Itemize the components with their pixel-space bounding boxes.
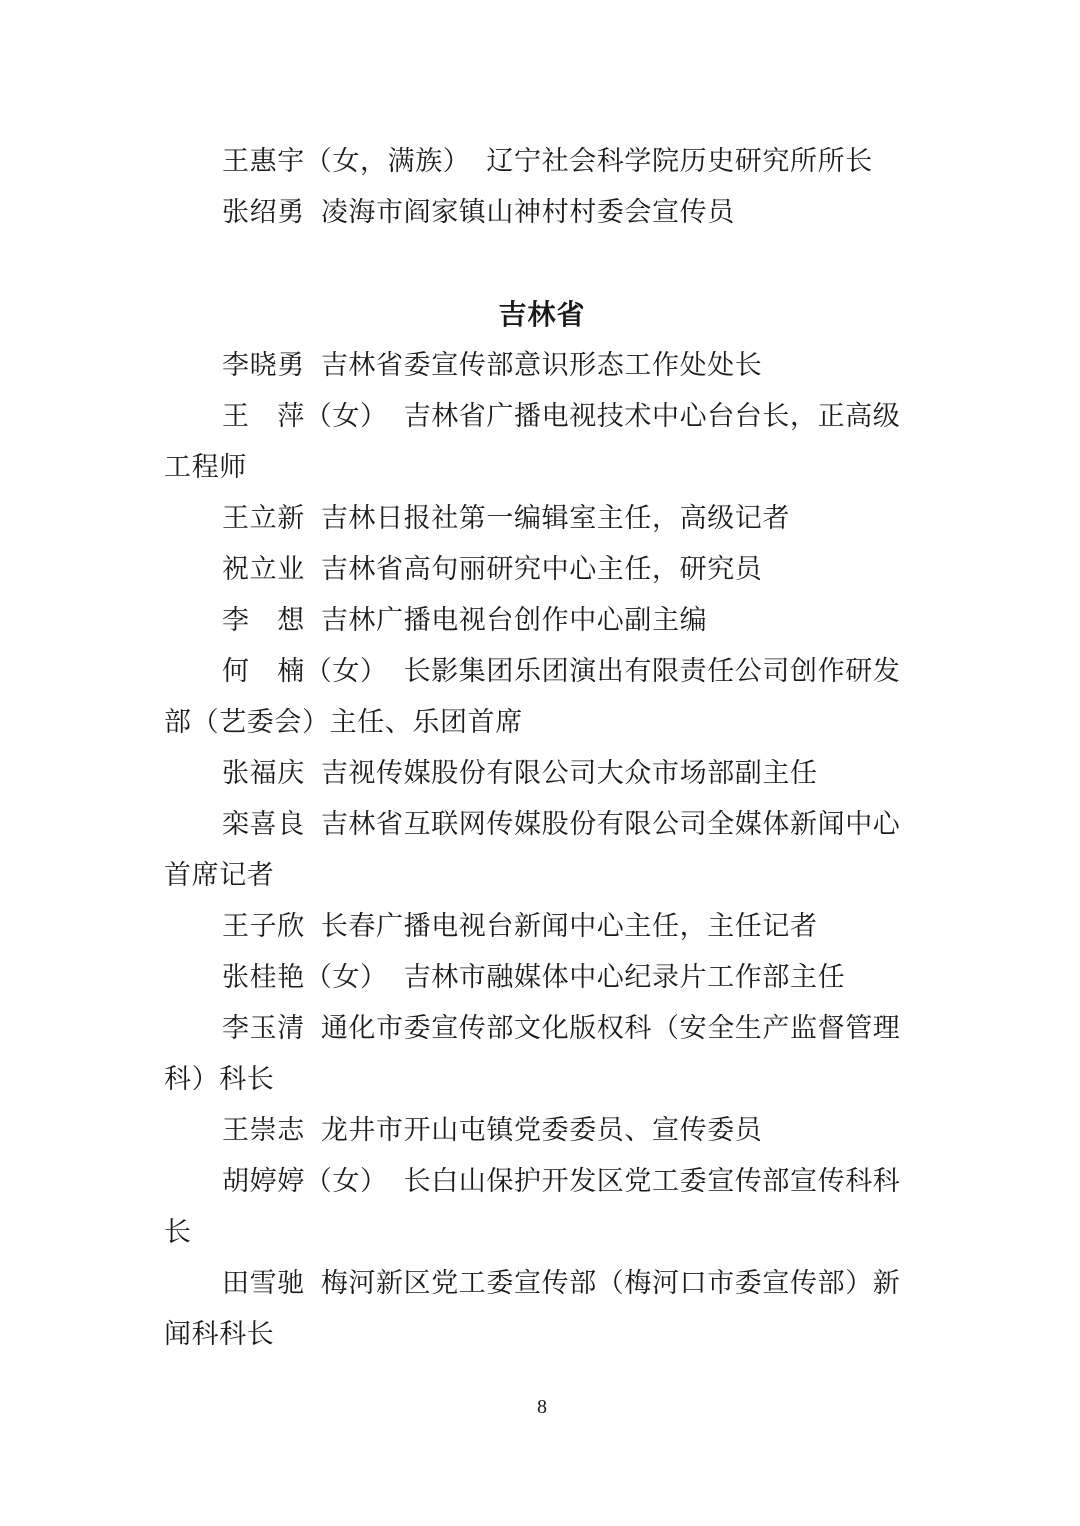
entry: 王立新吉林日报社第一编辑室主任，高级记者 <box>164 493 920 544</box>
person-name: 张绍勇 <box>222 197 305 228</box>
person-name: 张桂艳（女） <box>222 962 388 993</box>
person-name: 祝立业 <box>222 554 305 585</box>
person-name: 王子欣 <box>222 911 305 942</box>
person-name: 李 想 <box>222 605 305 636</box>
person-title: 吉林省高句丽研究中心主任，研究员 <box>321 554 763 585</box>
person-title: 吉视传媒股份有限公司大众市场部副主任 <box>321 758 818 789</box>
person-name: 田雪驰 <box>222 1268 305 1299</box>
entry: 张福庆吉视传媒股份有限公司大众市场部副主任 <box>164 748 920 799</box>
entry: 胡婷婷（女）长白山保护开发区党工委宣传部宣传科科长 <box>164 1156 920 1258</box>
person-name: 王惠宇（女，满族） <box>222 146 470 177</box>
person-title: 长春广播电视台新闻中心主任，主任记者 <box>321 911 818 942</box>
entry: 何 楠（女）长影集团乐团演出有限责任公司创作研发部（艺委会）主任、乐团首席 <box>164 646 920 748</box>
person-name: 李晓勇 <box>222 350 305 381</box>
entry: 王 萍（女）吉林省广播电视技术中心台台长，正高级工程师 <box>164 391 920 493</box>
person-name: 张福庆 <box>222 758 305 789</box>
entry: 李玉清通化市委宣传部文化版权科（安全生产监督管理科）科长 <box>164 1003 920 1105</box>
entry: 王崇志龙井市开山屯镇党委委员、宣传委员 <box>164 1105 920 1156</box>
person-title: 吉林市融媒体中心纪录片工作部主任 <box>404 962 846 993</box>
entry: 张绍勇凌海市阎家镇山神村村委会宣传员 <box>164 187 920 238</box>
person-title: 凌海市阎家镇山神村村委会宣传员 <box>321 197 735 228</box>
entry: 李 想吉林广播电视台创作中心副主编 <box>164 595 920 646</box>
person-name: 王崇志 <box>222 1115 305 1146</box>
section-heading: 吉林省 <box>164 289 920 340</box>
document-page: 王惠宇（女，满族）辽宁社会科学院历史研究所所长 张绍勇凌海市阎家镇山神村村委会宣… <box>164 136 920 1360</box>
person-title: 吉林日报社第一编辑室主任，高级记者 <box>321 503 790 534</box>
person-title: 吉林广播电视台创作中心副主编 <box>321 605 707 636</box>
person-title: 吉林省委宣传部意识形态工作处处长 <box>321 350 763 381</box>
person-name: 李玉清 <box>222 1013 305 1044</box>
entry: 王惠宇（女，满族）辽宁社会科学院历史研究所所长 <box>164 136 920 187</box>
entry: 李晓勇吉林省委宣传部意识形态工作处处长 <box>164 340 920 391</box>
section-spacer <box>164 238 920 289</box>
page-number: 8 <box>0 1396 1080 1419</box>
person-title: 辽宁社会科学院历史研究所所长 <box>486 146 872 177</box>
person-name: 何 楠（女） <box>222 656 388 687</box>
entry: 祝立业吉林省高句丽研究中心主任，研究员 <box>164 544 920 595</box>
entry: 田雪驰梅河新区党工委宣传部（梅河口市委宣传部）新闻科科长 <box>164 1258 920 1360</box>
person-name: 王 萍（女） <box>222 401 388 432</box>
person-title: 龙井市开山屯镇党委委员、宣传委员 <box>321 1115 763 1146</box>
entry: 王子欣长春广播电视台新闻中心主任，主任记者 <box>164 901 920 952</box>
person-name: 王立新 <box>222 503 305 534</box>
person-name: 胡婷婷（女） <box>222 1166 388 1197</box>
person-name: 栾喜良 <box>222 809 305 840</box>
entry: 张桂艳（女）吉林市融媒体中心纪录片工作部主任 <box>164 952 920 1003</box>
entry: 栾喜良吉林省互联网传媒股份有限公司全媒体新闻中心首席记者 <box>164 799 920 901</box>
